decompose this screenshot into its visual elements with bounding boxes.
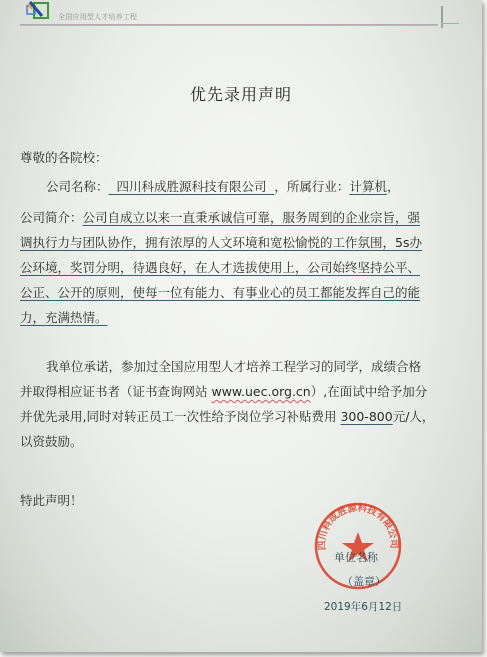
commitment-text: 元/人， [393,409,435,424]
intro-label: 公司简介： [20,210,83,225]
seal-label: （盖章） [342,573,386,589]
company-line: 公司名称： 四川科成胜源科技有限公司 ，所属行业：计算机， [46,176,399,198]
header-corner-mark-h [441,23,459,24]
commitment-text: ）,在面试中给予加分 [311,384,427,399]
header-corner-mark [441,6,443,28]
document-title: 优先录用声明 [0,82,482,105]
certificate-query-link[interactable]: www.uec.org.cn [211,384,310,399]
intro-line: 公正、公开的原则，使每一位有能力、有事业心的员工都能发挥自己的能 [20,282,422,307]
signature-date: 2019年6月12日 [324,599,402,614]
commitment-line-1: 我单位承诺，参加过全国应用型人才培养工程学习的同学，成绩合格 [46,356,421,378]
industry-label: ，所属行业： [274,179,349,194]
header-divider-shadow [20,25,438,26]
commitment-text: 并取得相应证书者（证书查询网站 [20,384,211,399]
commitment-line-3: 并优先录用,同时对转正员工一次性给予岗位学习补贴费用 300-800元/人， [20,406,434,428]
industry-value: 计算机 [349,179,387,194]
closing-statement: 特此声明！ [20,490,83,512]
page-header: 全国应用型人才培养工程 [0,0,482,28]
industry-suffix: ， [387,179,400,194]
intro-line: 调执行力与团队协作，拥有浓厚的人文环境和宽松愉悦的工作氛围，5s办 [20,232,422,257]
subsidy-amount: 300-800 [340,409,392,424]
program-name: 全国应用型人才培养工程 [58,12,137,22]
document-page: 全国应用型人才培养工程 优先录用声明 尊敬的各院校： 公司名称： 四川科成胜源科… [0,0,482,652]
company-intro: 公司简介：公司自成立以来一直秉承诚信可靠，服务周到的企业宗旨，强 调执行力与团队… [20,207,422,332]
intro-line: 公司自成立以来一直秉承诚信可靠，服务周到的企业宗旨，强 [83,210,421,225]
intro-line: 公环境，奖罚分明，待遇良好，在人才选拔使用上，公司始终坚持公平、 [20,257,422,282]
company-name-label: 公司名称： [46,179,109,194]
intro-line: 力，充满热情。 [20,310,108,325]
company-name-value: 四川科成胜源科技有限公司 [109,179,275,194]
commitment-line-2: 并取得相应证书者（证书查询网站 www.uec.org.cn）,在面试中给予加分 [20,381,427,403]
commitment-text: 并优先录用,同时对转正员工一次性给予岗位学习补贴费用 [20,409,340,424]
salutation: 尊敬的各院校： [20,147,108,169]
commitment-line-4: 以资鼓励。 [20,431,83,453]
program-logo-icon [24,0,54,22]
unit-name-label: 单位名称 [334,549,378,565]
